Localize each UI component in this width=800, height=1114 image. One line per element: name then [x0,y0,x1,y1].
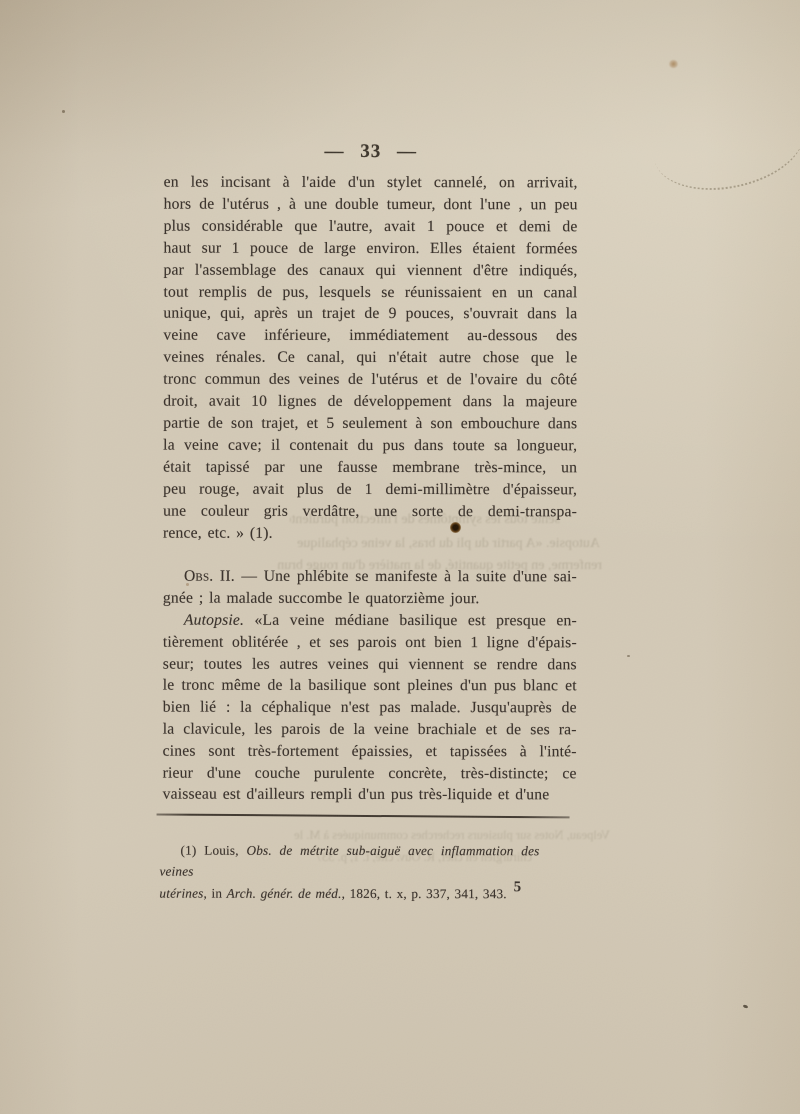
text-line: Obs. II. — Une phlébite se manifeste à l… [163,566,577,589]
text-line: une couleur gris verdâtre, une sorte de … [163,500,577,523]
footnote-citation: (1) Louis, Obs. de métrite sub-aiguë ave… [159,840,539,905]
paragraph-continued-from-previous-page: en les incisant à l'aide d'un stylet can… [163,172,578,545]
ink-blot [450,522,461,533]
gathering-signature: 5 [507,879,527,896]
footnote-separator-rule [157,813,570,818]
autopsy-paragraph: Autopsie. «La veine médiane basilique es… [163,610,577,807]
text-line: haut sur 1 pouce de large environ. Elles… [164,237,578,260]
paper-speck [627,655,630,657]
text-line: par l'assemblage des canaux qui viennent… [163,259,577,282]
paper-speck [62,110,65,113]
text-line: gnée ; la malade succombe le quatorzième… [163,588,577,611]
text-line: (1) Louis, Obs. de métrite sub-aiguë ave… [159,840,539,883]
text-line: hors de l'utérus , à une double tumeur, … [164,193,578,216]
text-line: utérines, in Arch. génér. de méd., 1826,… [159,882,539,904]
text-line: seur; toutes les autres veines qui vienn… [163,653,577,676]
text-line: droit, avait 10 lignes de développement … [163,391,577,414]
scanned-book-page: sente tous les symptômes de l'infection … [0,0,800,1114]
text-line: la veine cave; il contenait du pus dans … [163,434,577,457]
text-line: en les incisant à l'aide d'un stylet can… [164,172,578,195]
text-line: rence, etc. » (1). [163,522,577,545]
page-number: — 33 — [164,141,578,164]
paper-speck [186,583,189,586]
text-line: Autopsie. «La veine médiane basilique es… [163,610,577,633]
text-line: tout remplis de pus, lesquels se réuniss… [163,281,577,304]
text-line: tièrement oblitérée , et ses parois ont … [163,631,577,654]
text-line: partie de son trajet, et 5 seulement à s… [163,413,577,436]
text-line: bien lié : la céphalique n'est pas malad… [163,697,577,720]
text-line: cines sont très-fortement épaissies, et … [163,740,577,763]
text-line: unique, qui, après un trajet de 9 pouces… [163,303,577,326]
text-line: vaisseau est d'ailleurs rempli d'un pus … [163,784,577,807]
text-line: veines rénales. Ce canal, qui n'était au… [163,347,577,370]
paper-stain [669,60,678,68]
text-line: la clavicule, les parois de la veine bra… [163,719,577,742]
text-line: tronc commun des veines de l'utérus et d… [163,369,577,392]
text-line: le tronc même de la basilique sont plein… [163,675,577,698]
text-line: rieur d'une couche purulente concrète, t… [163,762,577,785]
observation-2-heading-paragraph: Obs. II. — Une phlébite se manifeste à l… [163,566,577,611]
text-line: était tapissé par une fausse membrane tr… [163,456,577,479]
text-line: plus considérable que l'autre, avait 1 p… [164,215,578,238]
text-line: peu rouge, avait plus de 1 demi-millimèt… [163,478,577,501]
text-line: veine cave inférieure, immédiatement au-… [163,325,577,348]
